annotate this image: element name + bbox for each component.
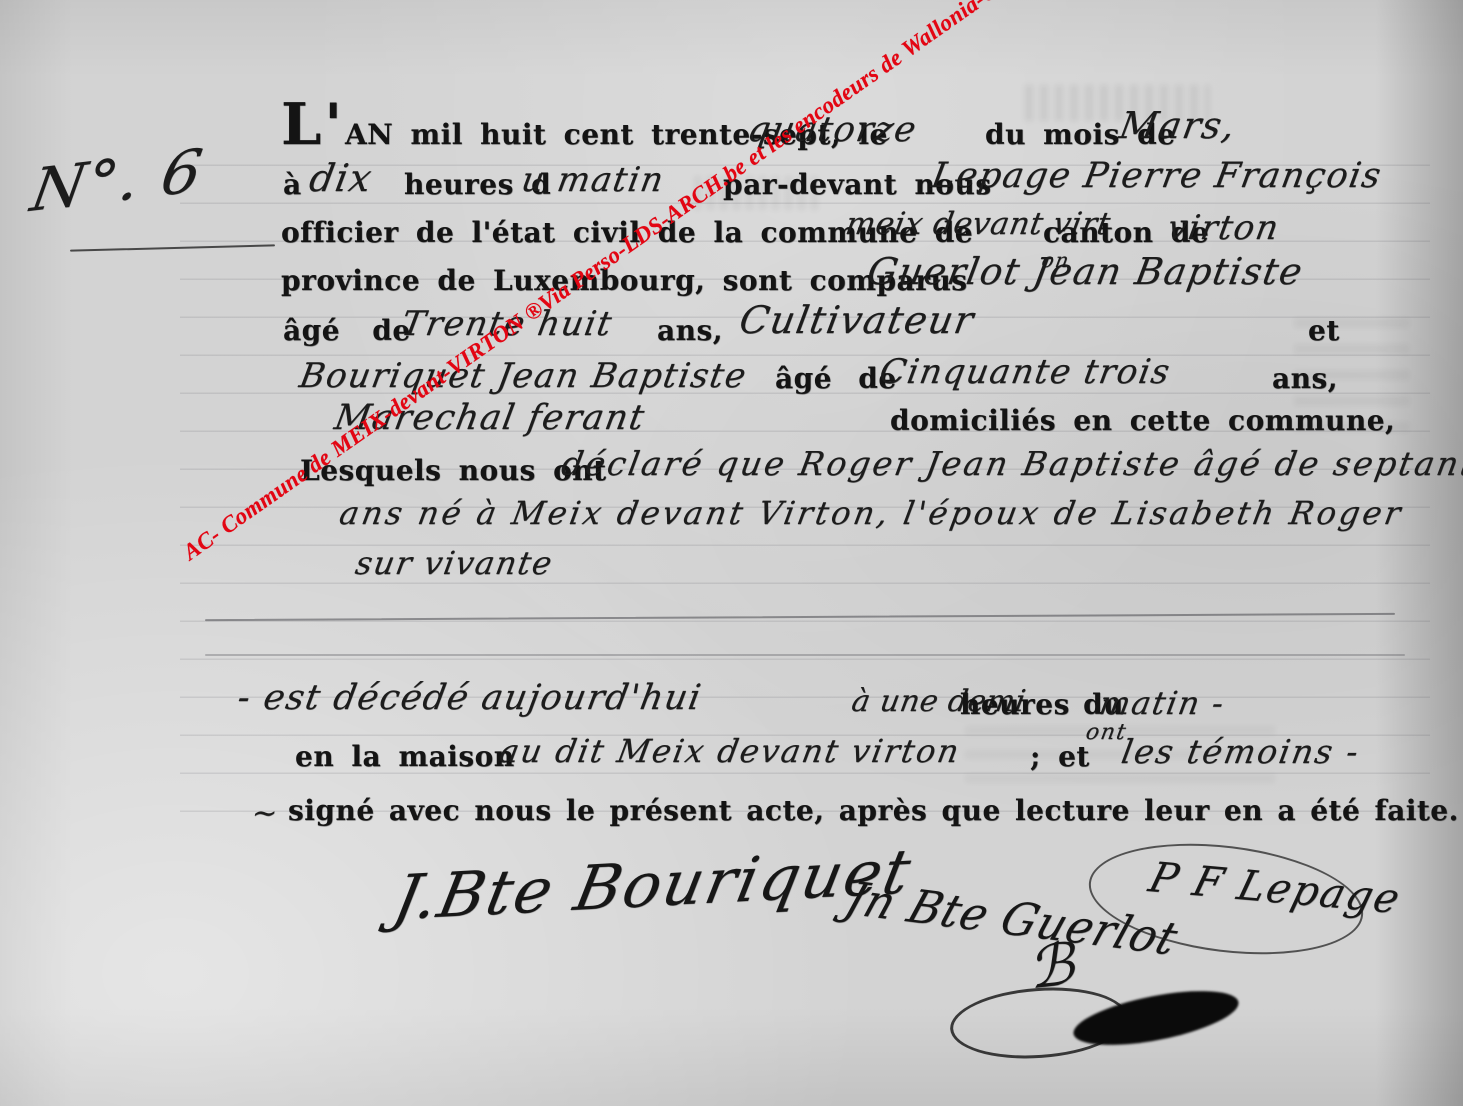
death-record-page: N°. 6 L'AN mil huit cent trente-sept, le… (0, 0, 1463, 1106)
line01-hand-month: Mars, (1116, 104, 1239, 147)
separator-rule (205, 613, 1395, 621)
signature-bouriquet: J.Bte Bouriquet (388, 835, 918, 935)
line13-printed-closing: signé avec nous le présent acte, après q… (288, 794, 1459, 827)
line05-hand-profession1: Cultivateur (736, 298, 978, 342)
line12-hand-death-place: au dit Meix devant virton (497, 732, 964, 770)
line07-printed-a: domiciliés en cette commune, (890, 404, 1395, 437)
line05-printed-a: âgé de (283, 314, 411, 347)
line12-printed-a: en la maison (295, 740, 515, 773)
line06-hand-age2: Cinquante trois (876, 352, 1173, 392)
line02-hand-hour: dix (306, 156, 376, 200)
line11-hand-time-of-day: matin - (1097, 684, 1228, 722)
line05-printed-b: ans, (657, 314, 723, 347)
line13-hand-mark: ~ (249, 796, 282, 831)
line05-printed-c: et (1308, 314, 1340, 347)
line06-printed-b: ans, (1272, 362, 1338, 395)
line06-hand-declarant2-name: Bouriquet Jean Baptiste (296, 356, 750, 396)
line08-hand-deceased-declaration: déclaré que Roger Jean Baptiste âgé de s… (559, 444, 1463, 483)
line03-hand-canton: virton (1164, 208, 1282, 248)
act-number: N°. 6 (26, 136, 208, 226)
line10-hand-surviving: sur vivante (353, 544, 557, 582)
line12-printed-b: ; et (1030, 740, 1090, 773)
act-number-underline (70, 244, 275, 251)
line02-hand-officer-name: Lepage Pierre François (928, 156, 1385, 196)
line12-hand-witnesses: les témoins - (1119, 732, 1364, 771)
line04-hand-declarant1-name: Guerlot Jean Baptiste (864, 250, 1307, 293)
line02-printed-a: à (283, 168, 302, 201)
separator-rule-2 (205, 654, 1405, 656)
line11-hand-death-statement: - est décédé aujourd'hui (234, 678, 704, 718)
line12-hand-superscript: ont (1084, 720, 1129, 745)
line02-hand-time-of-day: u matin (518, 160, 667, 200)
line09-hand-birthplace-spouse: ans né à Meix devant Virton, l'époux de … (337, 494, 1407, 532)
